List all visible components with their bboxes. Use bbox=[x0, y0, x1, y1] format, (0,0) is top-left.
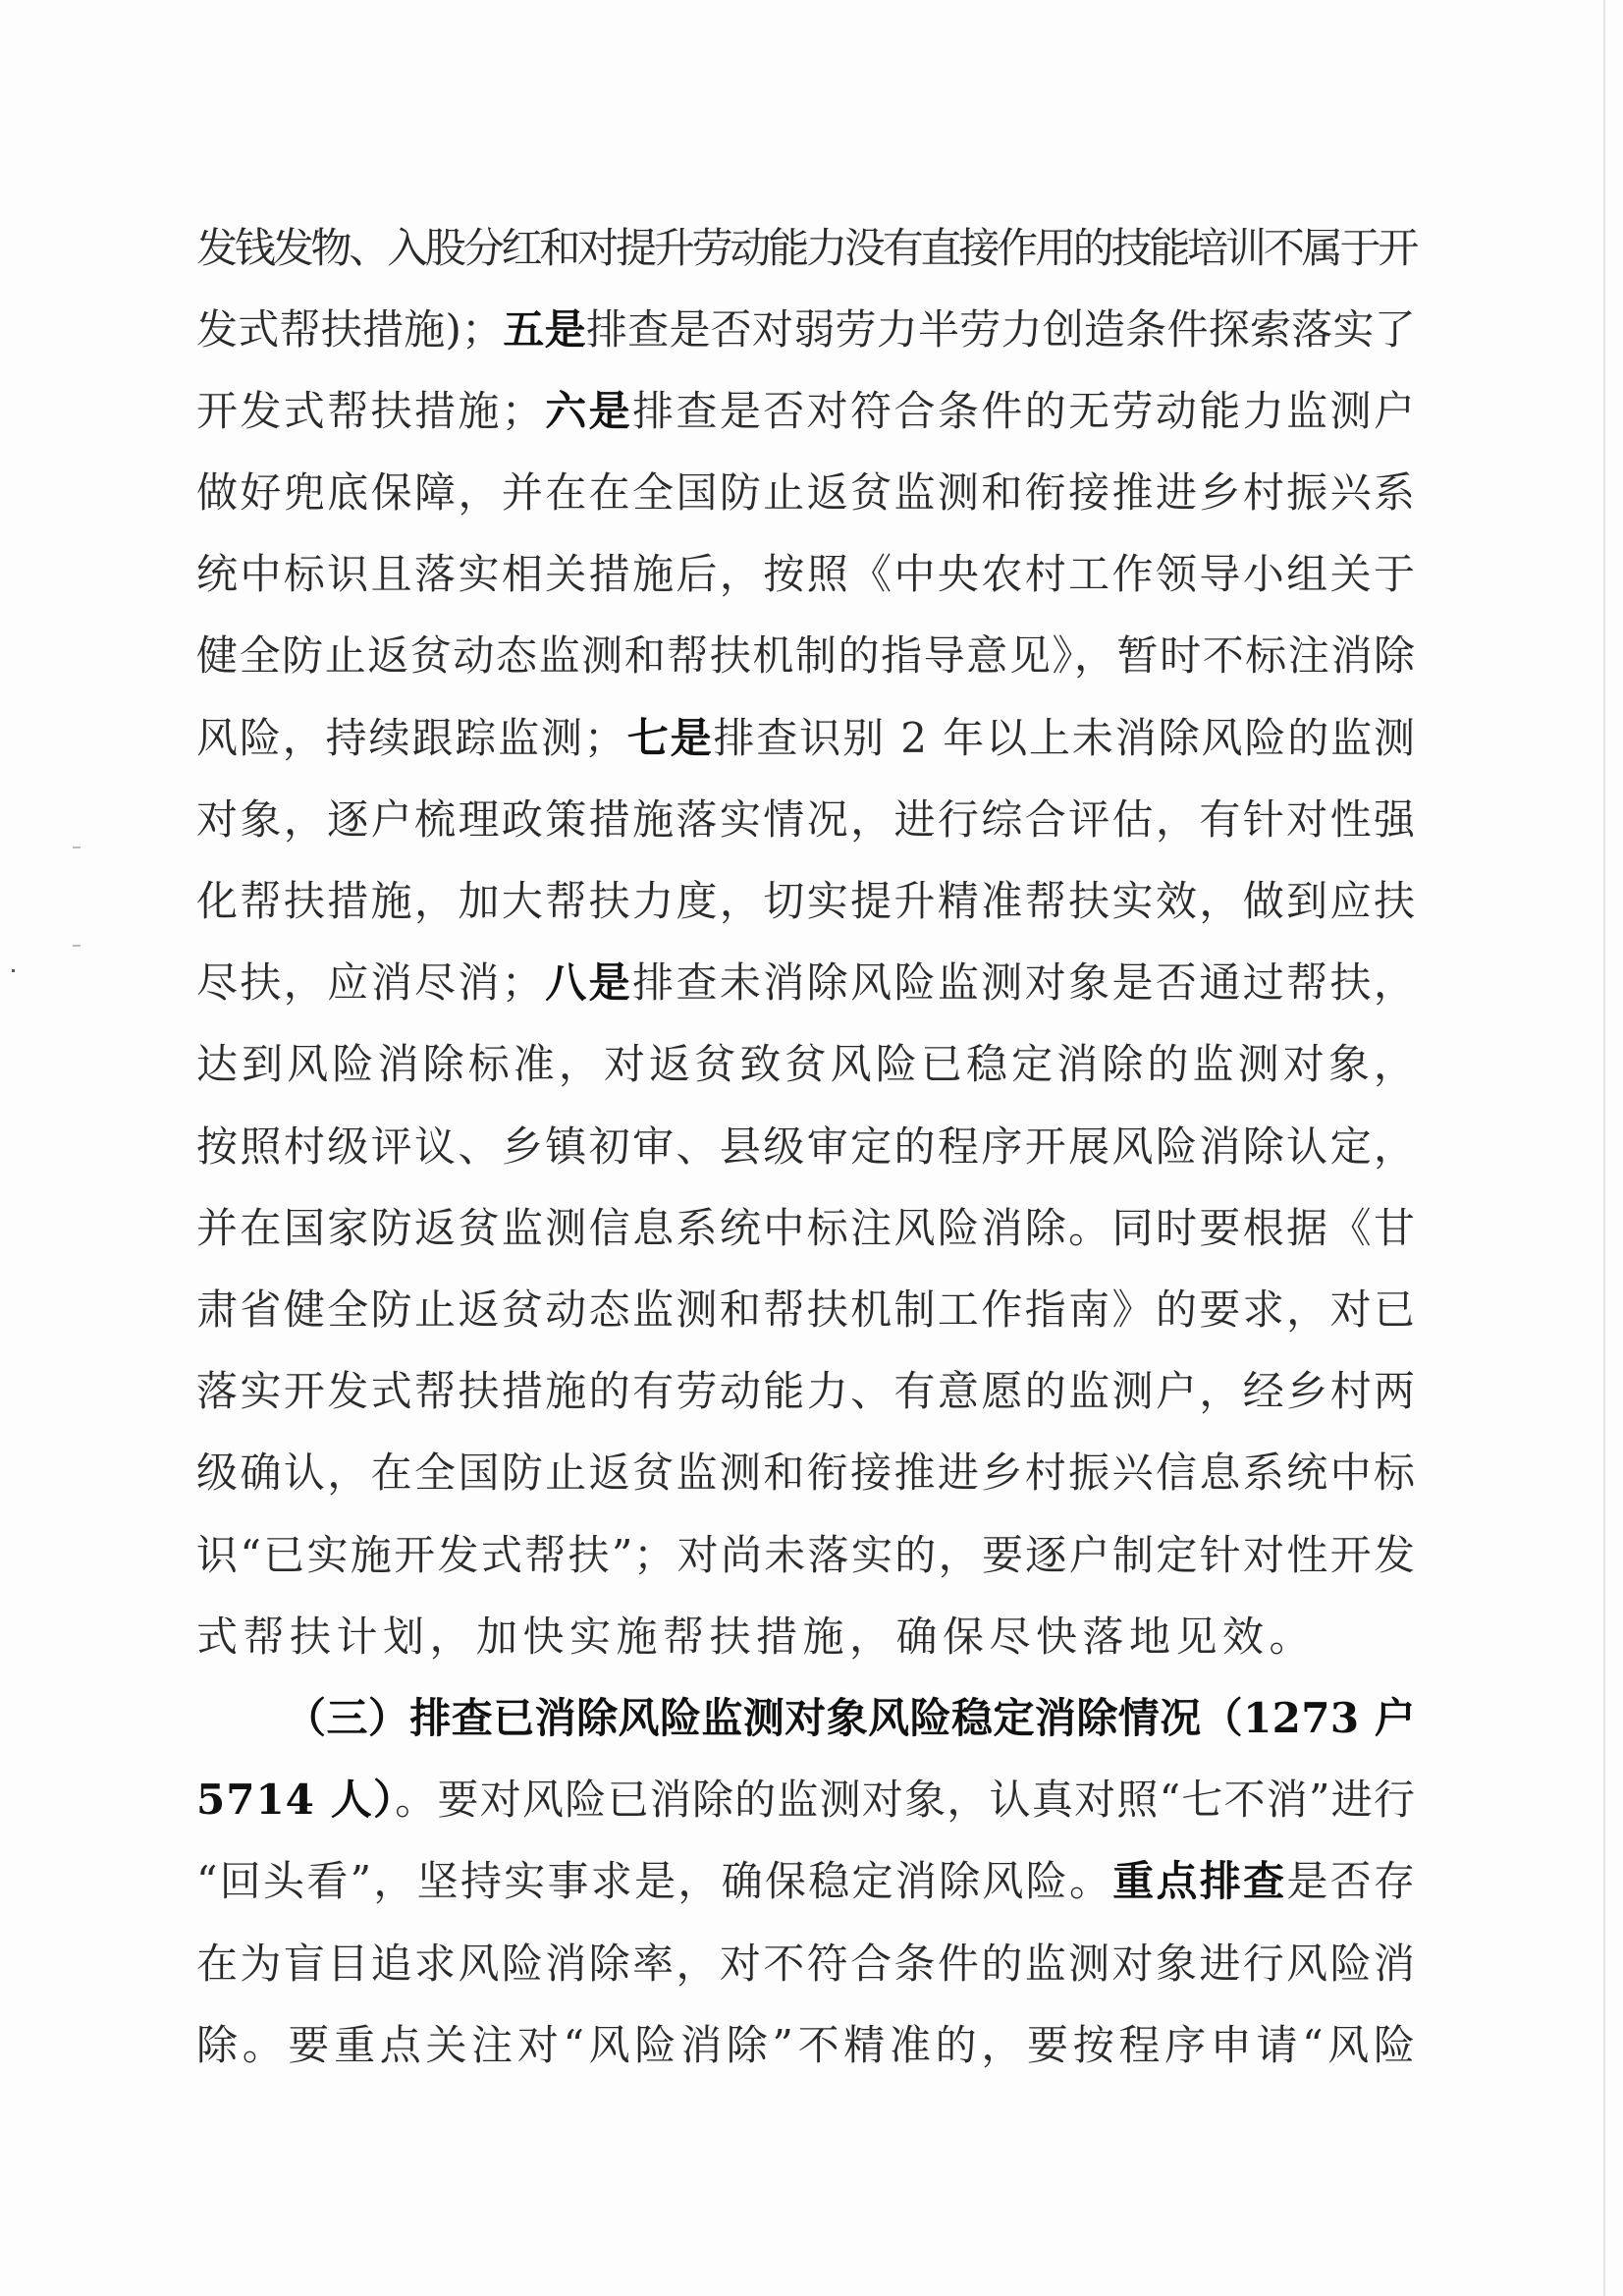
text-run: 按照村级评议、乡镇初审、县级审定的程序开展风险消除认定， bbox=[196, 1122, 1416, 1171]
text-line: 发式帮扶措施)；五是排查是否对弱劳力半劳力创造条件探索落实了 bbox=[196, 301, 1416, 359]
text-line: 开发式帮扶措施；六是排查是否对符合条件的无劳动能力监测户 bbox=[196, 382, 1416, 441]
scan-edge-line bbox=[1603, 0, 1605, 2296]
text-line: 识“已实施开发式帮扶”；对尚未落实的，要逐户制定针对性开发 bbox=[196, 1526, 1416, 1585]
text-run: 在为盲目追求风险消除率，对不符合条件的监测对象进行风险消 bbox=[196, 1940, 1416, 1988]
text-line: 并在国家防返贫监测信息系统中标注风险消除。同时要根据《甘 bbox=[196, 1199, 1416, 1258]
text-run: 做好兜底保障，并在在全国防止返贫监测和衔接推进乡村振兴系 bbox=[196, 468, 1416, 517]
text-line: 对象，逐户梳理政策措施落实情况，进行综合评估，有针对性强 bbox=[196, 791, 1416, 849]
text-line: 发钱发物、入股分红和对提升劳动能力没有直接作用的技能培训不属于开 bbox=[196, 219, 1416, 278]
text-run: 排查未消除风险监测对象是否通过帮扶， bbox=[632, 958, 1416, 1007]
text-run: 尽扶，应消尽消； bbox=[196, 958, 544, 1007]
text-line: 级确认，在全国防止返贫监测和衔接推进乡村振兴信息系统中标 bbox=[196, 1444, 1416, 1503]
scan-artifact bbox=[12, 969, 15, 972]
text-run: 发式帮扶措施)； bbox=[196, 305, 503, 354]
text-line: 化帮扶措施，加大帮扶力度，切实提升精准帮扶实效，做到应扶 bbox=[196, 872, 1416, 931]
bold-keyword: 八是 bbox=[544, 958, 632, 1007]
heading-text: （三）排查已消除风险监测对象风险稳定消除情况（1273 户 bbox=[285, 1694, 1416, 1742]
scan-artifact bbox=[73, 847, 81, 848]
text-line: 肃省健全防止返贫动态监测和帮扶机制工作指南》的要求，对已 bbox=[196, 1281, 1416, 1339]
bold-keyword: 六是 bbox=[544, 387, 632, 435]
text-run: 对象，逐户梳理政策措施落实情况，进行综合评估，有针对性强 bbox=[196, 795, 1416, 844]
text-line: 在为盲目追求风险消除率，对不符合条件的监测对象进行风险消 bbox=[196, 1935, 1416, 1994]
document-page: 发钱发物、入股分红和对提升劳动能力没有直接作用的技能培训不属于开 发式帮扶措施)… bbox=[0, 0, 1623, 2296]
text-run: 排查是否对符合条件的无劳动能力监测户 bbox=[632, 387, 1416, 435]
text-line: 5714 人）。要对风险已消除的监测对象，认真对照“七不消”进行 bbox=[196, 1771, 1416, 1830]
text-run: 达到风险消除标准，对返贫致贫风险已稳定消除的监测对象， bbox=[196, 1040, 1416, 1088]
text-run: 排查是否对弱劳力半劳力创造条件探索落实了 bbox=[586, 305, 1416, 354]
text-line: “回头看”，坚持实事求是，确保稳定消除风险。重点排查是否存 bbox=[196, 1852, 1416, 1911]
text-run: 识“已实施开发式帮扶”；对尚未落实的，要逐户制定针对性开发 bbox=[196, 1531, 1416, 1579]
text-line: 达到风险消除标准，对返贫致贫风险已稳定消除的监测对象， bbox=[196, 1035, 1416, 1094]
text-run: 落实开发式帮扶措施的有劳动能力、有意愿的监测户，经乡村两 bbox=[196, 1367, 1416, 1415]
text-run: 发钱发物、入股分红和对提升劳动能力没有直接作用的技能培训不属于开 bbox=[196, 224, 1416, 272]
text-run: “回头看”，坚持实事求是，确保稳定消除风险。 bbox=[196, 1857, 1112, 1905]
text-run: 开发式帮扶措施； bbox=[196, 387, 544, 435]
text-run: 。要对风险已消除的监测对象，认真对照“七不消”进行 bbox=[395, 1776, 1416, 1824]
text-line: 风险，持续跟踪监测；七是排查识别 2 年以上未消除风险的监测 bbox=[196, 709, 1416, 768]
scan-artifact bbox=[73, 945, 81, 947]
text-line: 统中标识且落实相关措施后，按照《中央农村工作领导小组关于 bbox=[196, 545, 1416, 604]
text-run: 排查识别 2 年以上未消除风险的监测 bbox=[714, 714, 1416, 762]
text-run: 除。要重点关注对“风险消除”不精准的，要按程序申请“风险 bbox=[196, 2021, 1416, 2069]
text-line: 除。要重点关注对“风险消除”不精准的，要按程序申请“风险 bbox=[196, 2016, 1416, 2075]
text-line: 式帮扶计划，加快实施帮扶措施，确保尽快落地见效。 bbox=[196, 1608, 1416, 1667]
text-run: 并在国家防返贫监测信息系统中标注风险消除。同时要根据《甘 bbox=[196, 1204, 1416, 1252]
bold-keyword: 五是 bbox=[503, 305, 586, 354]
bold-keyword: 重点排查 bbox=[1112, 1857, 1286, 1905]
text-run: 级确认，在全国防止返贫监测和衔接推进乡村振兴信息系统中标 bbox=[196, 1449, 1416, 1497]
text-run: 化帮扶措施，加大帮扶力度，切实提升精准帮扶实效，做到应扶 bbox=[196, 877, 1416, 925]
text-line: 做好兜底保障，并在在全国防止返贫监测和衔接推进乡村振兴系 bbox=[196, 464, 1416, 522]
text-line: 尽扶，应消尽消；八是排查未消除风险监测对象是否通过帮扶， bbox=[196, 954, 1416, 1012]
text-line: 健全防止返贫动态监测和帮扶机制的指导意见》，暂时不标注消除 bbox=[196, 627, 1416, 685]
text-line: 按照村级评议、乡镇初审、县级审定的程序开展风险消除认定， bbox=[196, 1118, 1416, 1176]
text-line: 落实开发式帮扶措施的有劳动能力、有意愿的监测户，经乡村两 bbox=[196, 1362, 1416, 1421]
text-run: 风险，持续跟踪监测； bbox=[196, 714, 626, 762]
text-run: 是否存 bbox=[1286, 1857, 1416, 1905]
text-run: 健全防止返贫动态监测和帮扶机制的指导意见》，暂时不标注消除 bbox=[196, 631, 1416, 680]
text-run: 式帮扶计划，加快实施帮扶措施，确保尽快落地见效。 bbox=[196, 1613, 1316, 1661]
heading-text: 5714 人） bbox=[196, 1776, 395, 1824]
text-run: 肃省健全防止返贫动态监测和帮扶机制工作指南》的要求，对已 bbox=[196, 1285, 1416, 1334]
bold-keyword: 七是 bbox=[626, 714, 714, 762]
text-run: 统中标识且落实相关措施后，按照《中央农村工作领导小组关于 bbox=[196, 550, 1416, 598]
section-heading: （三）排查已消除风险监测对象风险稳定消除情况（1273 户 bbox=[285, 1689, 1416, 1748]
